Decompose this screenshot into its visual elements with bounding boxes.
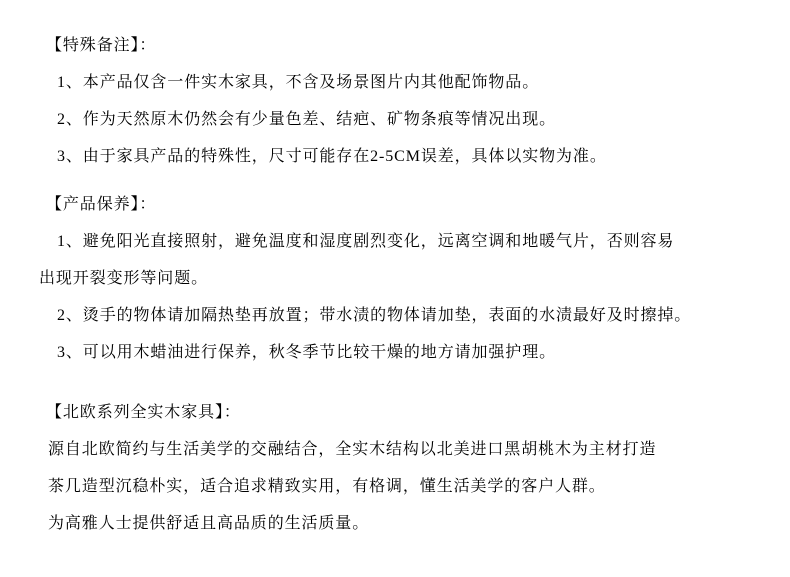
note-line: 1、本产品仅含一件实木家具，不含及场景图片内其他配饰物品。 bbox=[57, 64, 770, 101]
description-line: 为高雅人士提供舒适且高品质的生活质量。 bbox=[48, 505, 770, 542]
note-line-continuation: 出现开裂变形等问题。 bbox=[39, 260, 770, 297]
section-heading: 【特殊备注】： bbox=[46, 27, 770, 64]
note-line: 2、作为天然原木仍然会有少量色差、结疤、矿物条痕等情况出现。 bbox=[57, 101, 770, 138]
section-heading: 【产品保养】： bbox=[46, 186, 770, 223]
note-line: 2、烫手的物体请加隔热垫再放置；带水渍的物体请加垫，表面的水渍最好及时擦掉。 bbox=[57, 297, 770, 334]
section-special-notes: 【特殊备注】： 1、本产品仅含一件实木家具，不含及场景图片内其他配饰物品。 2、… bbox=[39, 27, 770, 175]
section-heading: 【北欧系列全实木家具】： bbox=[46, 394, 770, 431]
description-line: 茶几造型沉稳朴实，适合追求精致实用，有格调，懂生活美学的客户人群。 bbox=[48, 468, 770, 505]
note-line: 3、由于家具产品的特殊性，尺寸可能存在2-5CM误差，具体以实物为准。 bbox=[57, 138, 770, 175]
section-nordic-series: 【北欧系列全实木家具】： 源自北欧简约与生活美学的交融结合，全实木结构以北美进口… bbox=[39, 394, 770, 542]
note-line: 3、可以用木蜡油进行保养，秋冬季节比较干燥的地方请加强护理。 bbox=[57, 334, 770, 371]
product-notes-document: 【特殊备注】： 1、本产品仅含一件实木家具，不含及场景图片内其他配饰物品。 2、… bbox=[0, 0, 790, 577]
description-line: 源自北欧简约与生活美学的交融结合，全实木结构以北美进口黑胡桃木为主材打造 bbox=[48, 431, 770, 468]
note-line: 1、避免阳光直接照射，避免温度和湿度剧烈变化，远离空调和地暖气片，否则容易 bbox=[57, 223, 770, 260]
section-product-care: 【产品保养】： 1、避免阳光直接照射，避免温度和湿度剧烈变化，远离空调和地暖气片… bbox=[39, 186, 770, 371]
